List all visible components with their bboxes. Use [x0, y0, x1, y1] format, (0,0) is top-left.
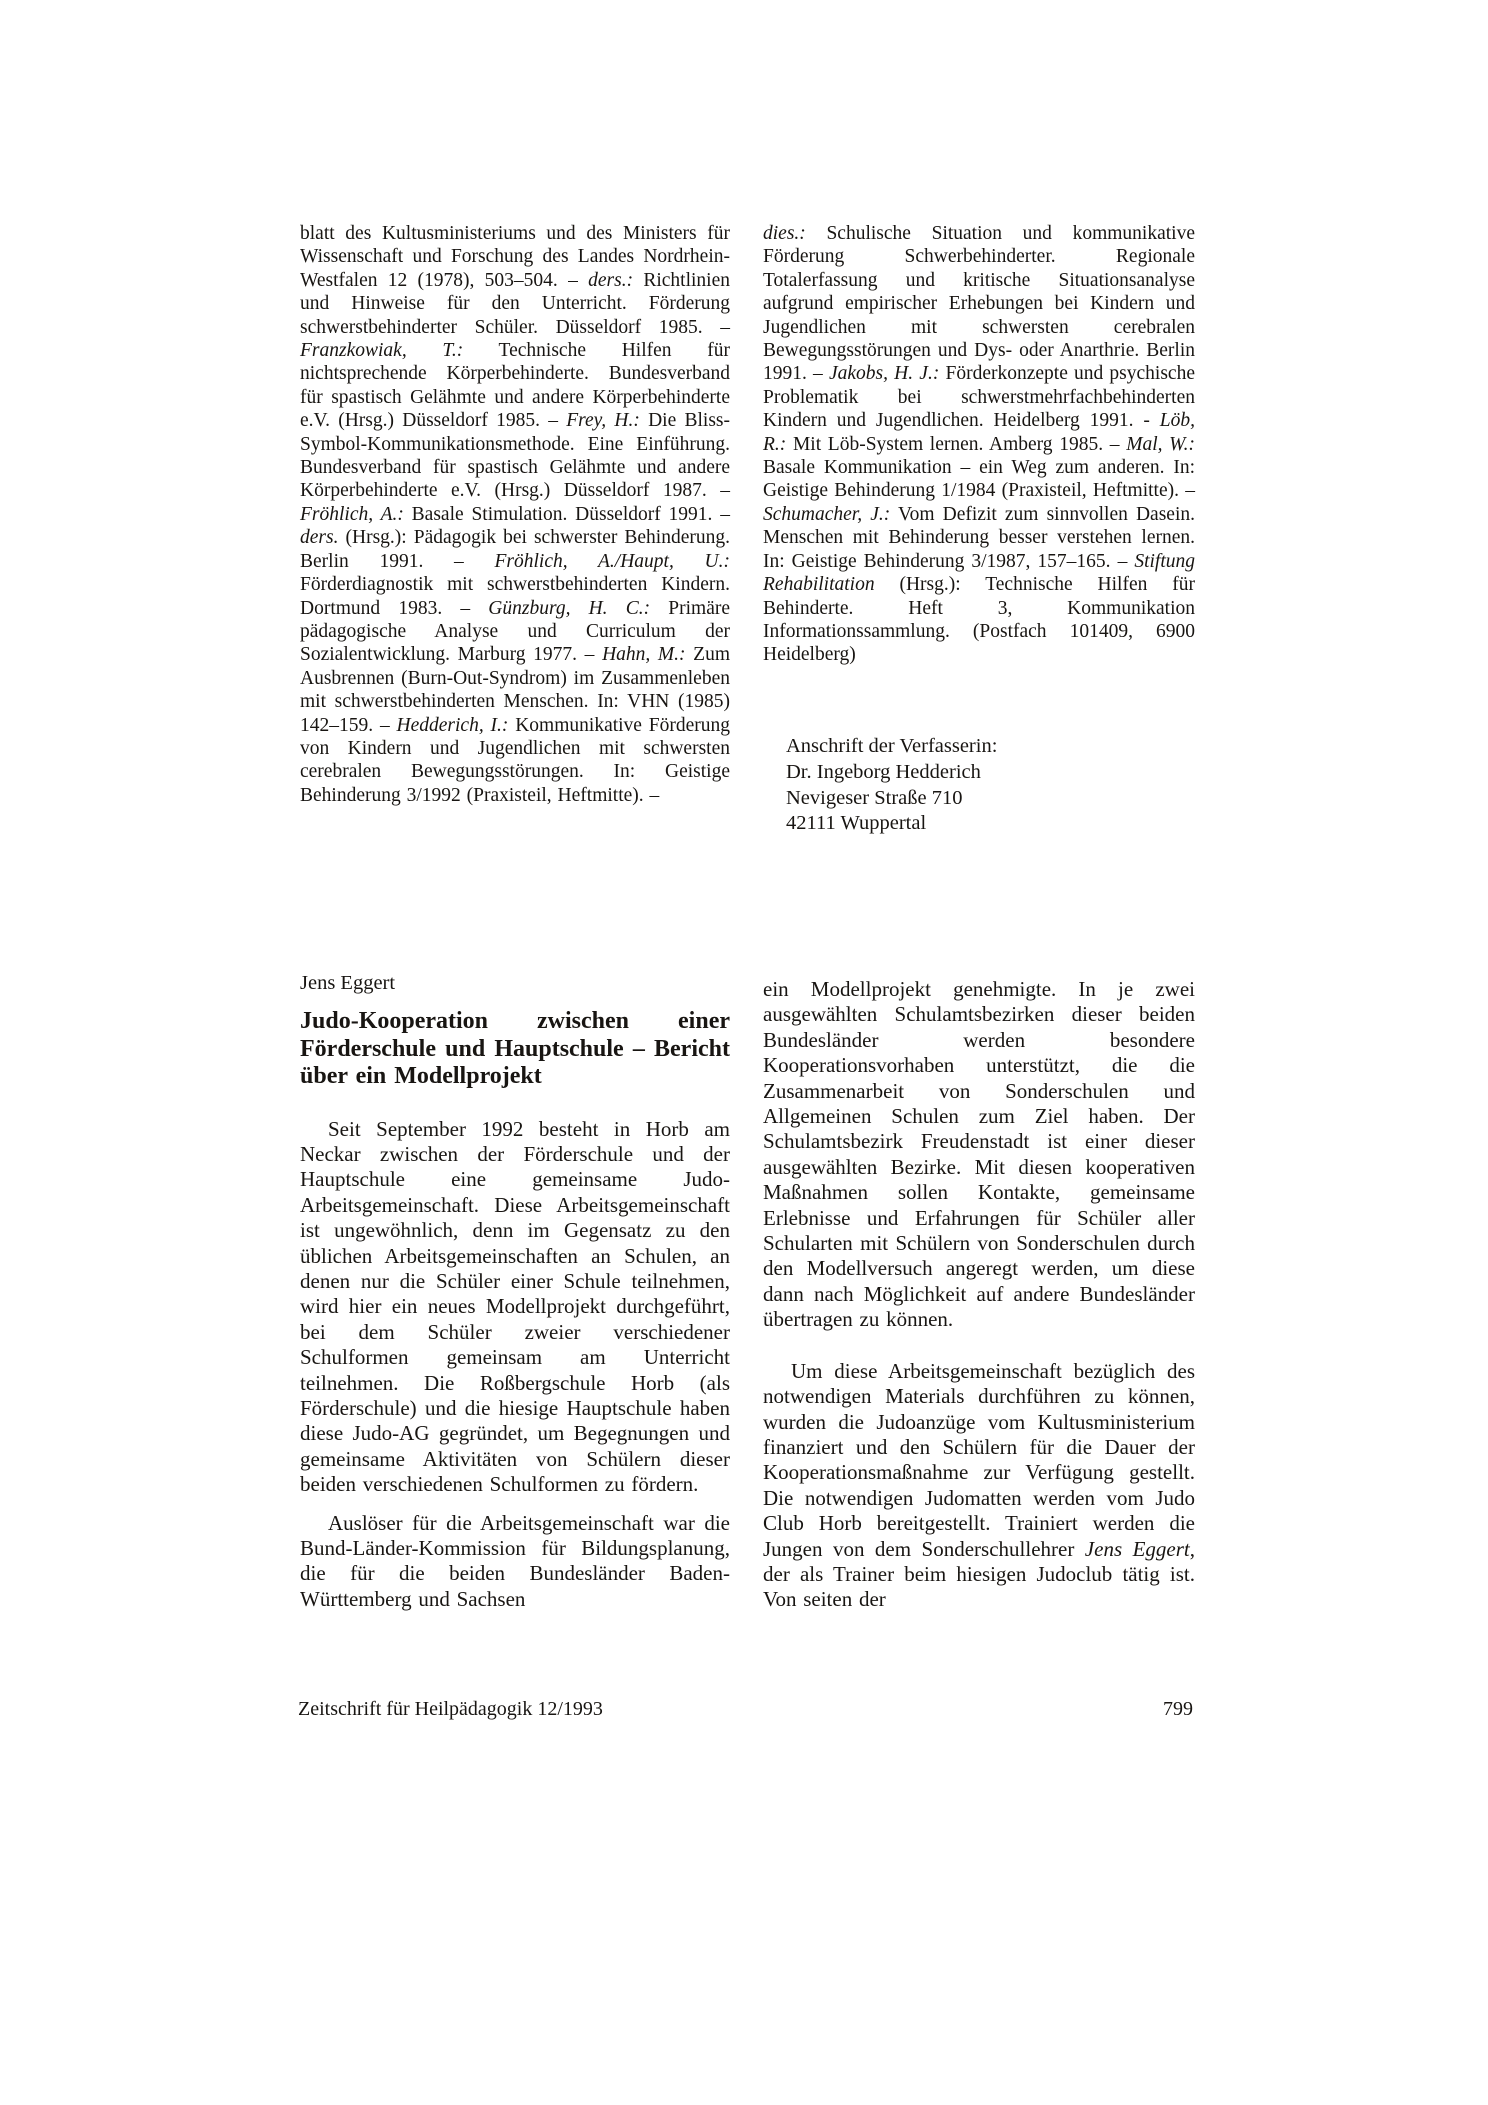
- address-line-name: Dr. Ingeborg Hedderich: [786, 760, 1166, 786]
- author-address-block: Anschrift der Verfasserin: Dr. Ingeborg …: [786, 734, 1166, 837]
- address-line-city: 42111 Wuppertal: [786, 811, 1166, 837]
- article-author: Jens Eggert: [300, 970, 730, 996]
- article-column-right: ein Modellprojekt genehmigte. In je zwei…: [763, 977, 1195, 1613]
- bibliography-column-left: blatt des Kultusministeriums und des Min…: [300, 222, 730, 807]
- journal-page: blatt des Kultusministeriums und des Min…: [0, 0, 1488, 2105]
- footer-journal-title: Zeitschrift für Heilpädagogik 12/1993: [298, 1697, 603, 1721]
- bibliography-text-left: blatt des Kultusministeriums und des Min…: [300, 222, 730, 807]
- footer-page-number: 799: [1163, 1697, 1193, 1721]
- bibliography-column-right: dies.: Schulische Situation und kommunik…: [763, 222, 1195, 667]
- address-line-heading: Anschrift der Verfasserin:: [786, 734, 1166, 760]
- article-title: Judo-Kooperation zwischen einer Fördersc…: [300, 1008, 730, 1091]
- page-footer: Zeitschrift für Heilpädagogik 12/1993 79…: [298, 1697, 1193, 1721]
- bibliography-text-right: dies.: Schulische Situation und kommunik…: [763, 222, 1195, 667]
- article-paragraph-2-continued: ein Modellprojekt genehmigte. In je zwei…: [763, 977, 1195, 1333]
- article-paragraph-1: Seit September 1992 besteht in Horb am N…: [300, 1117, 730, 1498]
- address-line-street: Nevigeser Straße 710: [786, 786, 1166, 812]
- article-column-left: Jens Eggert Judo-Kooperation zwischen ei…: [300, 970, 730, 1612]
- article-paragraph-3: Um diese Arbeitsgemeinschaft bezüglich d…: [763, 1359, 1195, 1613]
- article-paragraph-2: Auslöser für die Arbeitsgemeinschaft war…: [300, 1511, 730, 1613]
